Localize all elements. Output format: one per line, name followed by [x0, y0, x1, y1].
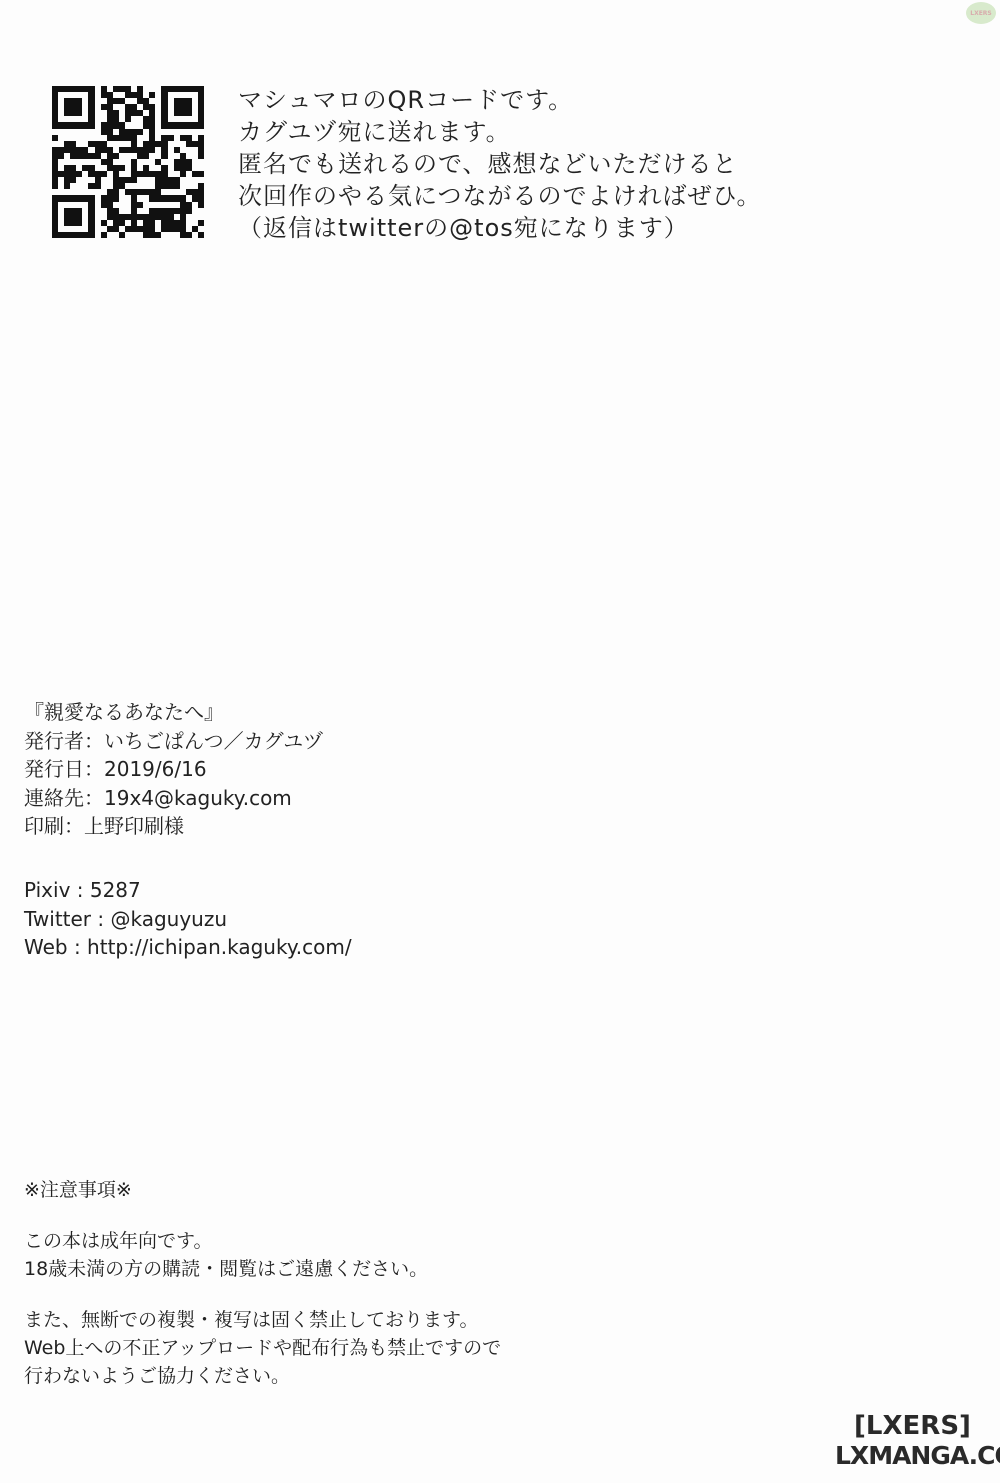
notice-line: この本は成年向です。	[24, 1227, 428, 1255]
book-title: 『親愛なるあなたへ』	[24, 698, 323, 727]
watermark-logo: LXERS	[966, 2, 996, 24]
site-mark-line2: LXMANGA.COM	[835, 1441, 990, 1470]
notice-heading: ※注意事項※	[24, 1176, 132, 1204]
publish-date: 発行日：2019/6/16	[24, 755, 323, 784]
qr-line: カグユヅ宛に送れます。	[238, 116, 762, 148]
twitter-link: Twitter : @kaguyuzu	[24, 905, 352, 934]
qr-line: 匿名でも送れるので、感想などいただけると	[238, 148, 762, 180]
contact-email: 連絡先：19x4@kaguky.com	[24, 784, 323, 813]
notice-paragraph-age: この本は成年向です。 18歳未満の方の購読・閲覧はご遠慮ください。	[24, 1227, 428, 1283]
web-link: Web : http://ichipan.kaguky.com/	[24, 933, 352, 962]
site-mark-line1: [LXERS]	[835, 1412, 990, 1441]
site-watermark: [LXERS] LXMANGA.COM	[835, 1412, 990, 1470]
qr-line: マシュマロのQRコードです。	[238, 84, 762, 116]
author-links: Pixiv : 5287 Twitter : @kaguyuzu Web : h…	[24, 876, 352, 962]
publisher: 発行者：いちごぱんつ／カグユヅ	[24, 727, 323, 756]
qr-line: （返信はtwitterの@tos宛になります）	[238, 212, 762, 244]
qr-line: 次回作のやる気につながるのでよければぜひ。	[238, 180, 762, 212]
qr-code	[52, 86, 204, 238]
colophon: 『親愛なるあなたへ』 発行者：いちごぱんつ／カグユヅ 発行日：2019/6/16…	[24, 698, 323, 841]
notice-paragraph-copy: また、無断での複製・複写は固く禁止しております。 Web上への不正アップロードや…	[24, 1306, 501, 1390]
printer: 印刷：上野印刷様	[24, 812, 323, 841]
qr-description: マシュマロのQRコードです。 カグユヅ宛に送れます。 匿名でも送れるので、感想な…	[238, 84, 762, 244]
notice-line: 行わないようご協力ください。	[24, 1362, 501, 1390]
watermark-label: LXERS	[970, 10, 992, 17]
notice-line: Web上への不正アップロードや配布行為も禁止ですので	[24, 1334, 501, 1362]
notice-line: 18歳未満の方の購読・閲覧はご遠慮ください。	[24, 1255, 428, 1283]
pixiv-link: Pixiv : 5287	[24, 876, 352, 905]
notice-line: また、無断での複製・複写は固く禁止しております。	[24, 1306, 501, 1334]
